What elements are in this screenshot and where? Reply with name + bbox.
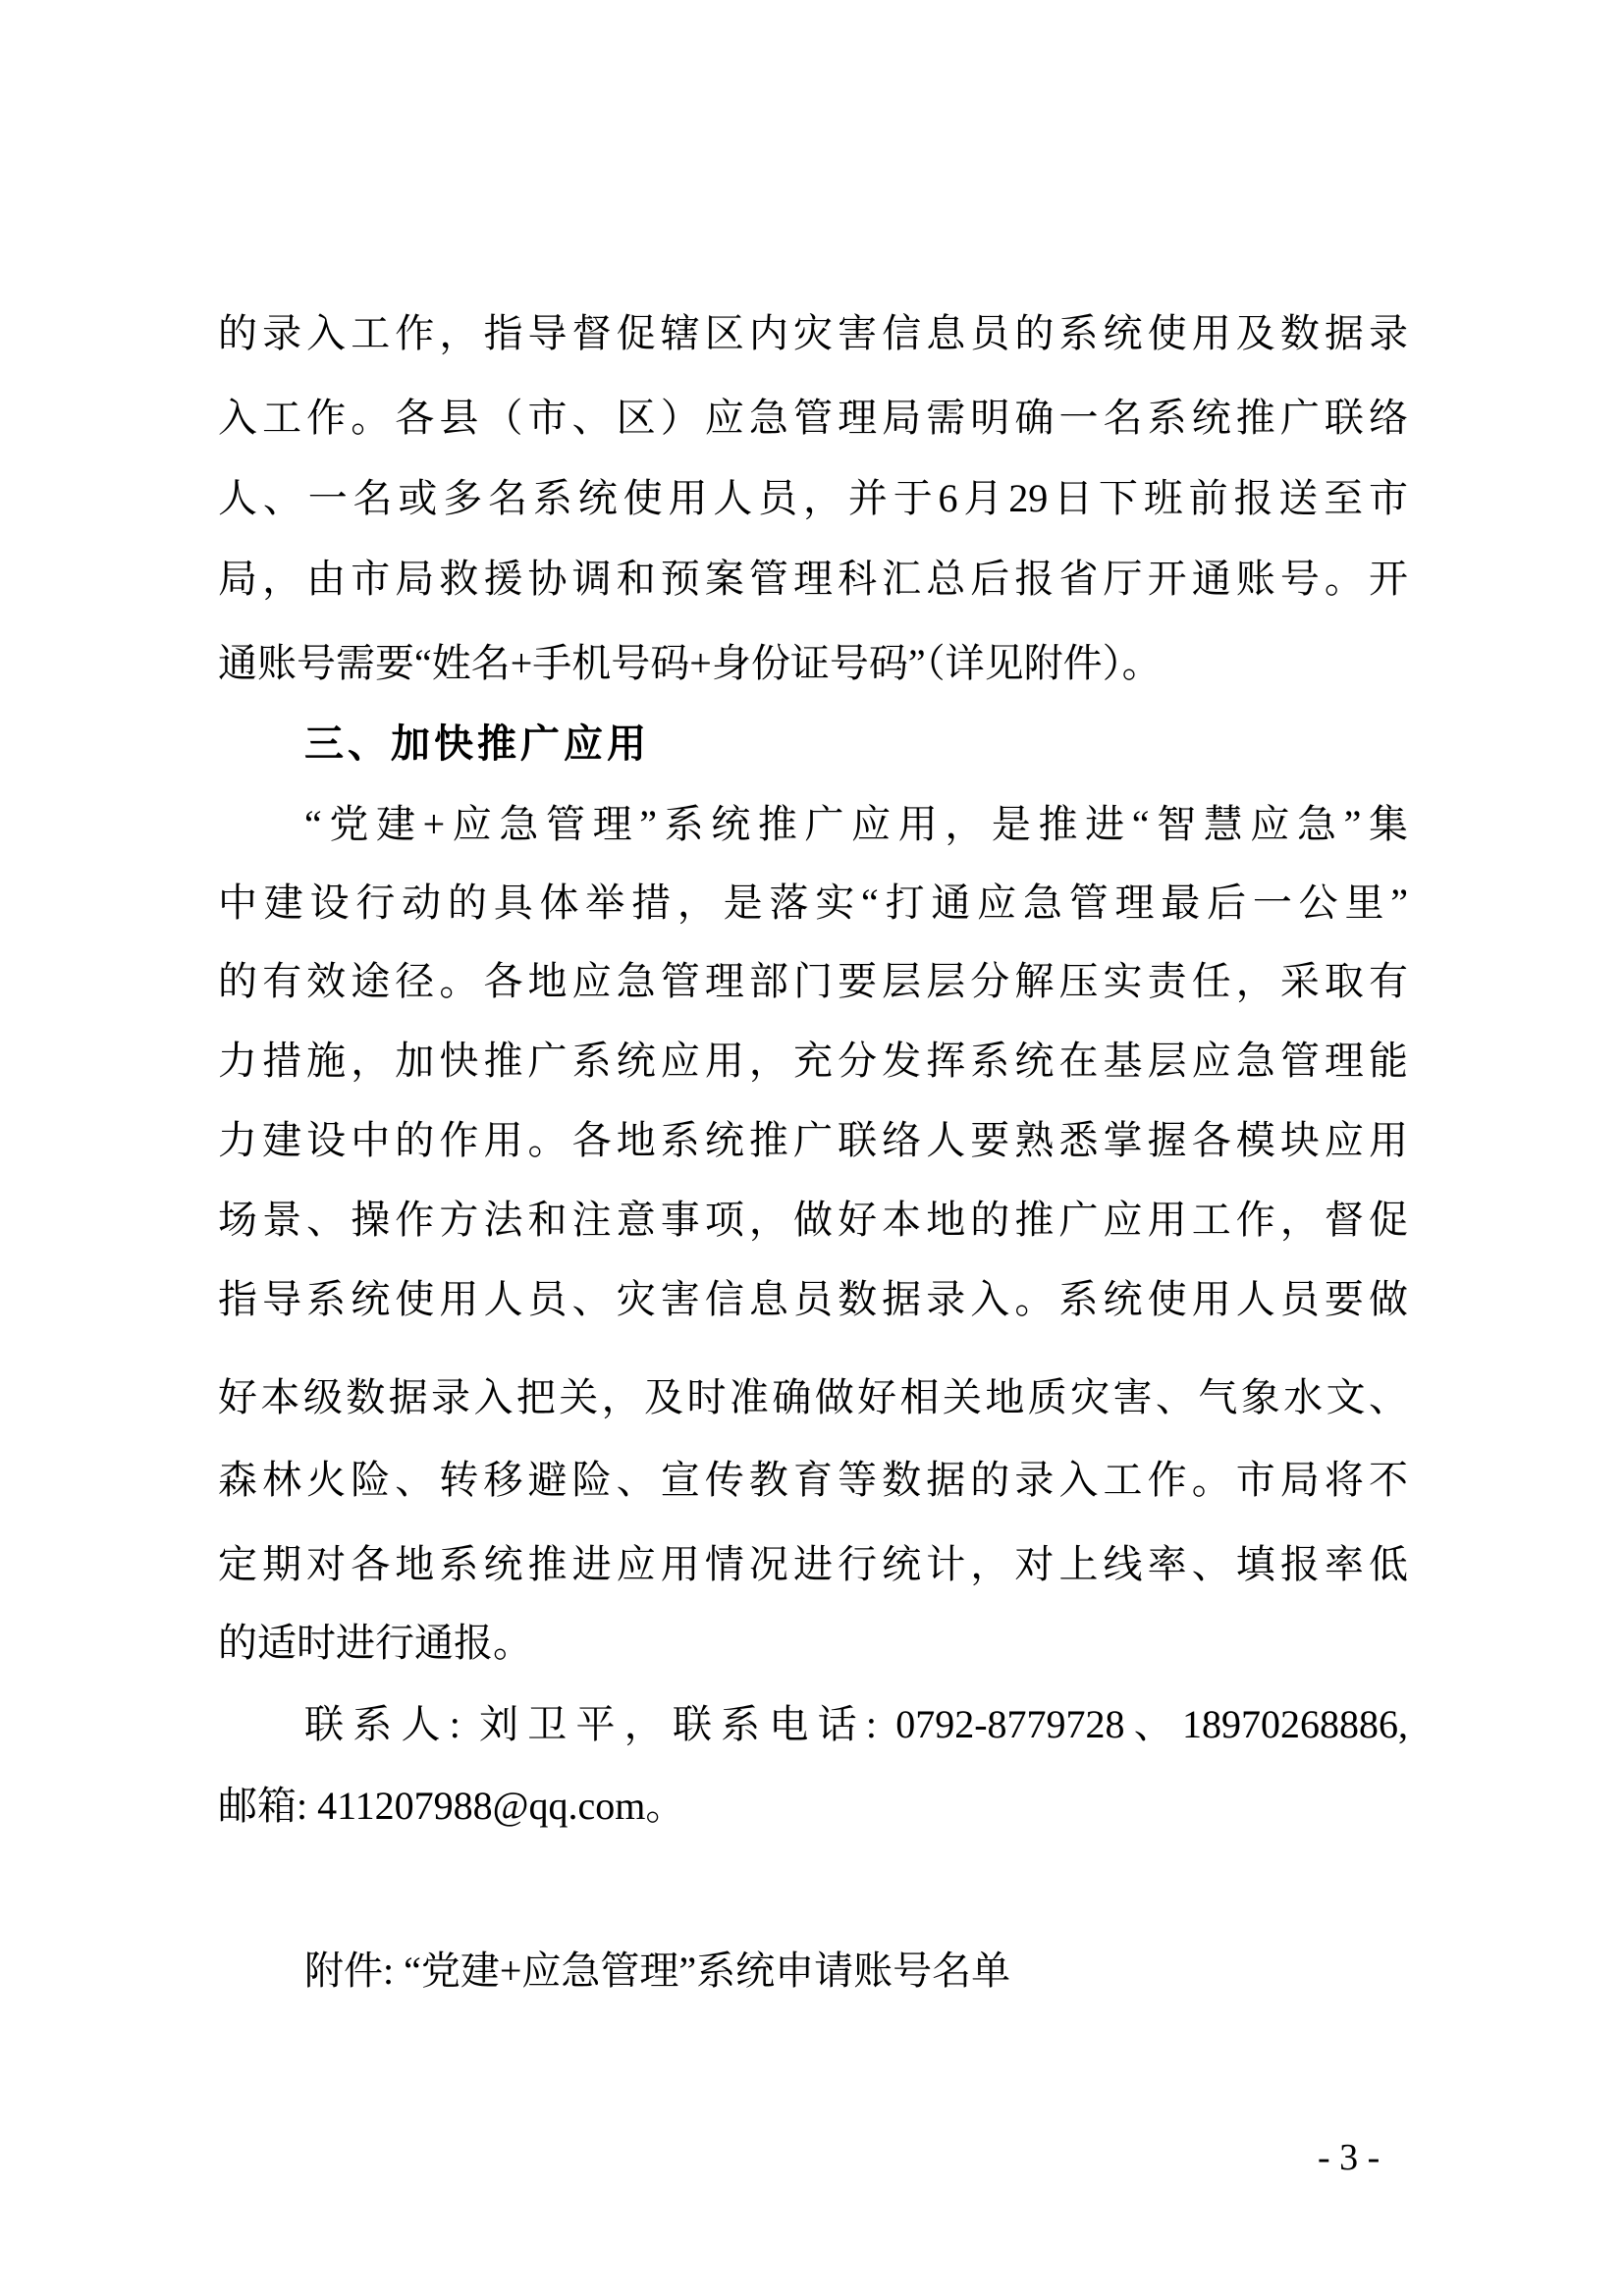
paragraph-line: 森林火险、转移避险、宣传教育等数据的录入工作。市局将不 [218, 1457, 1408, 1504]
section-heading: 三、加快推广应用 [304, 721, 650, 768]
paragraph-line: 力建设中的作用。各地系统推广联络人要熟悉掌握各模块应用 [218, 1117, 1408, 1164]
attachment-line: 附件: “党建+应急管理”系统申请账号名单 [304, 1948, 1408, 1995]
paragraph-line: 定期对各地系统推进应用情况进行统计，对上线率、填报率低 [218, 1541, 1408, 1588]
paragraph-line: 力措施，加快推广系统应用，充分发挥系统在基层应急管理能 [218, 1038, 1408, 1085]
paragraph-line: 局，由市局救援协调和预案管理科汇总后报省厅开通账号。开 [218, 556, 1408, 603]
paragraph-line: 通账号需要“姓名+手机号码+身份证号码”（详见附件）。 [218, 640, 1408, 687]
paragraph-line: 的适时进行通报。 [218, 1620, 1408, 1667]
paragraph-line: 的有效途径。各地应急管理部门要层层分解压实责任，采取有 [218, 958, 1408, 1005]
paragraph-line: 中建设行动的具体举措，是落实“打通应急管理最后一公里” [218, 880, 1408, 927]
email-line: 邮箱: 411207988@qq.com。 [218, 1783, 1408, 1830]
paragraph-line: 场景、操作方法和注意事项，做好本地的推广应用工作，督促 [218, 1197, 1408, 1244]
paragraph-line: 入工作。各县（市、区）应急管理局需明确一名系统推广联络 [218, 395, 1408, 442]
paragraph-line: 指导系统使用人员、灾害信息员数据录入。系统使用人员要做 [218, 1276, 1408, 1323]
document-page: 的录入工作，指导督促辖区内灾害信息员的系统使用及数据录 入工作。各县（市、区）应… [0, 0, 1624, 2296]
paragraph-line: 的录入工作，指导督促辖区内灾害信息员的系统使用及数据录 [218, 310, 1408, 357]
paragraph-line: 好本级数据录入把关，及时准确做好相关地质灾害、气象水文、 [218, 1374, 1408, 1421]
paragraph-line: 人、一名或多名系统使用人员，并于6月29日下班前报送至市 [218, 475, 1408, 522]
page-number: - 3 - [1318, 2136, 1380, 2179]
paragraph-line: “党建+应急管理”系统推广应用，是推进“智慧应急”集 [304, 801, 1408, 848]
contact-line: 联系人: 刘卫平，联系电话: 0792-8779728、18970268886, [304, 1701, 1408, 1748]
